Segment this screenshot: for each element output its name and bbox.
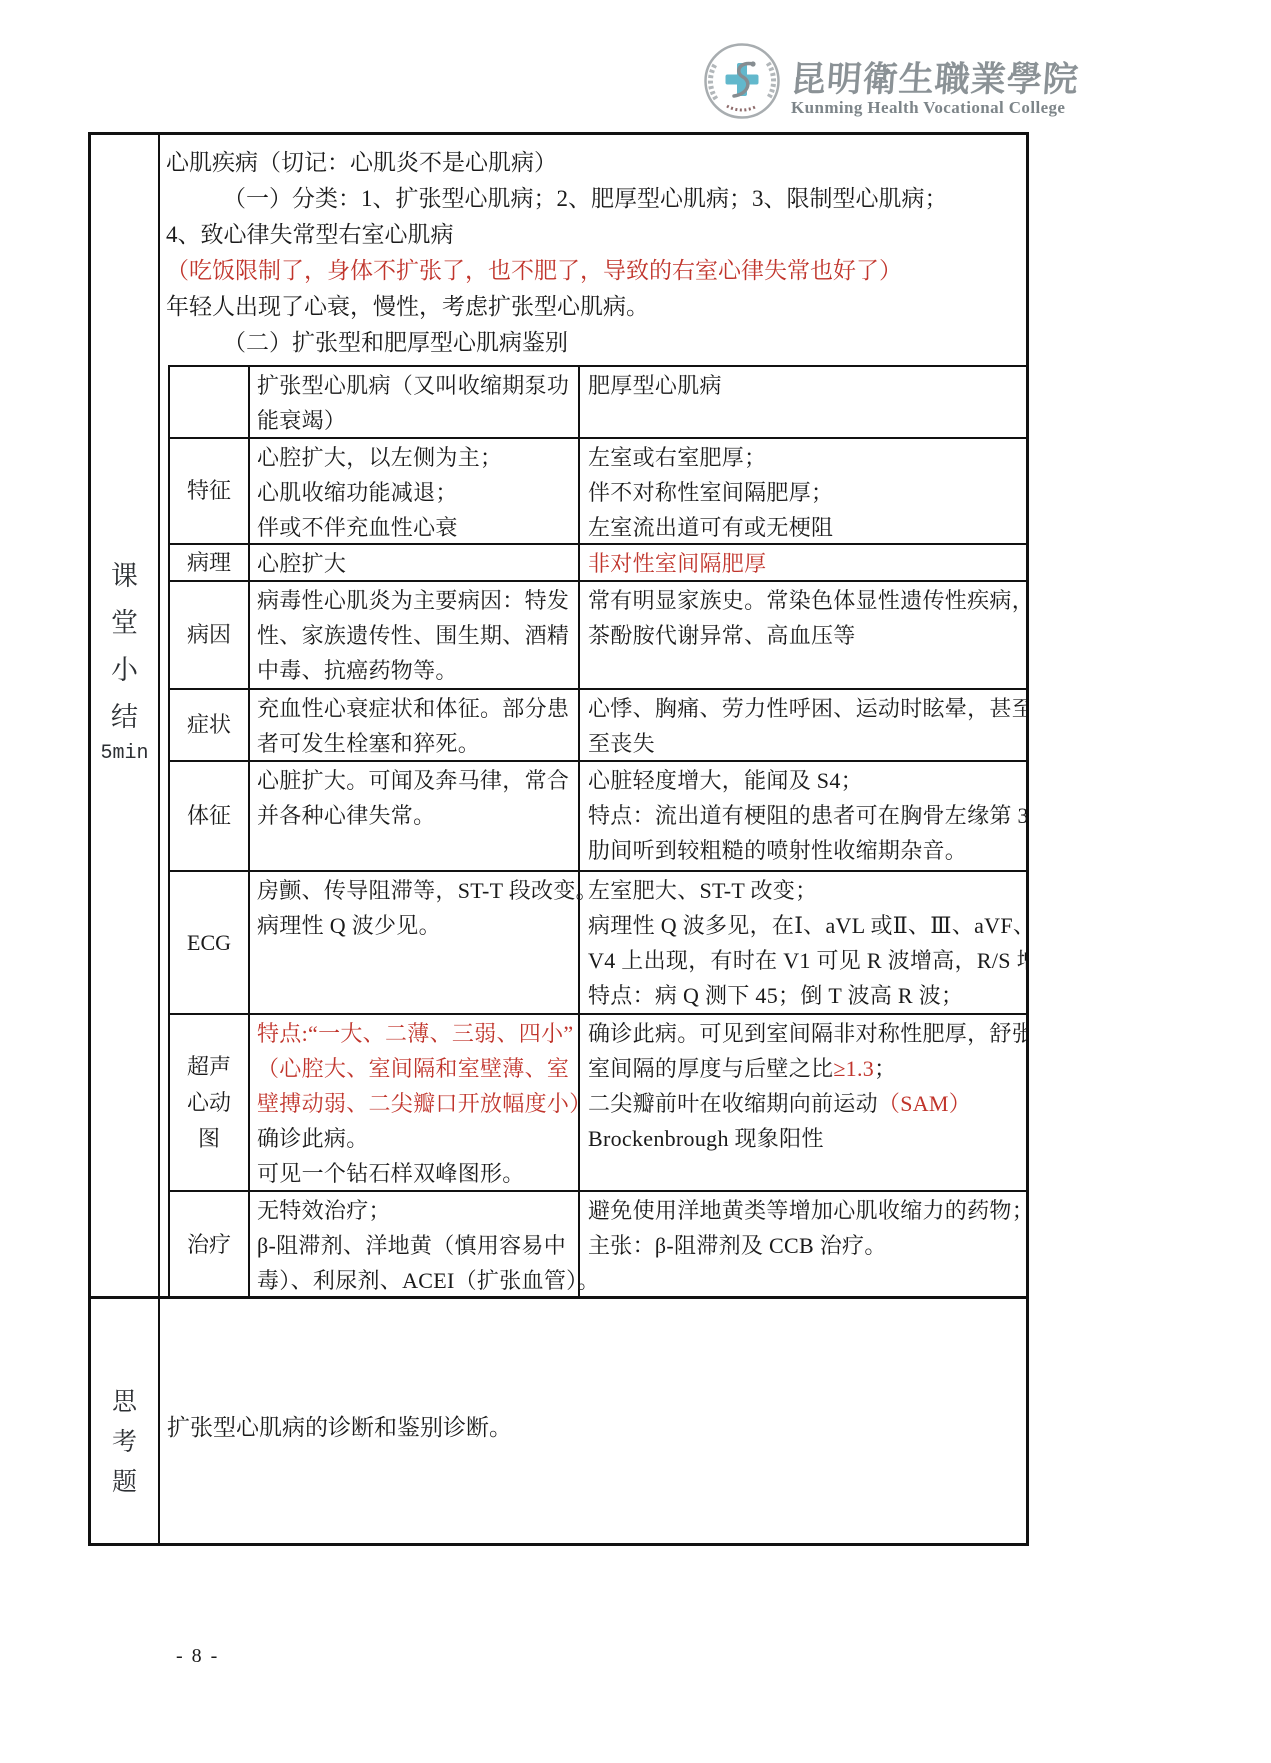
hcm-header-cell: 肥厚型心肌病 [580,367,1026,437]
college-name-english: Kunming Health Vocational College [791,98,1065,118]
dcm-ecg-cell: 房颤、传导阻滞等，ST-T 段改变。 病理性 Q 波少见。 [250,872,580,1013]
table-cell-line: 左室流出道可有或无梗阻 [588,510,1026,545]
thinking-question-title: 思考题 [111,1383,139,1503]
table-cell-line: 肥厚型心肌病 [588,368,1026,403]
table-cell-line: 无特效治疗； [257,1193,572,1228]
college-name-calligraphy: 昆明衛生職業學院 [789,52,1081,102]
row-label-line: 图 [198,1121,220,1157]
thinking-question-label-cell: 思考题 [91,1299,160,1546]
table-cell-line: 心悸、胸痛、劳力性呼困、运动时眩晕，甚至神 [588,691,1026,726]
college-seal-icon [703,42,781,120]
dcm-etiology-cell: 病毒性心肌炎为主要病因：特发 性、家族遗传性、围生期、酒精 中毒、抗癌药物等。 [250,582,580,688]
table-cell-line: 并各种心律失常。 [257,798,572,833]
class-summary-label-cell: 课堂小结 5min [91,135,160,1296]
hcm-features-cell: 左室或右室肥厚； 伴不对称性室间隔肥厚； 左室流出道可有或无梗阻 [580,439,1026,543]
intro-line: 心肌疾病（切记：心肌炎不是心肌病） [166,145,1026,181]
table-cell-line: β-阻滞剂、洋地黄（慎用容易中 [257,1228,572,1263]
table-cell-line-red: （心腔大、室间隔和室壁薄、室 [257,1051,572,1086]
row-label-cell: 体征 [170,762,250,870]
table-cell-line: 可见一个钻石样双峰图形。 [257,1156,572,1191]
table-cell-line: 至丧失 [588,726,1026,761]
table-cell-line: 房颤、传导阻滞等，ST-T 段改变。 [257,873,572,908]
hcm-treatment-cell: 避免使用洋地黄类等增加心肌收缩力的药物； 主张：β-阻滞剂及 CCB 治疗。 [580,1192,1026,1296]
row-label-cell: 病因 [170,582,250,688]
class-summary-content: 心肌疾病（切记：心肌炎不是心肌病） （一）分类：1、扩张型心肌病；2、肥厚型心肌… [160,135,1026,1296]
dcm-treatment-cell: 无特效治疗； β-阻滞剂、洋地黄（慎用容易中 毒）、利尿剂、ACEI（扩张血管）… [250,1192,580,1296]
table-cell-line: 伴不对称性室间隔肥厚； [588,475,1026,510]
text-segment: ； [874,1056,896,1081]
table-cell-line: 伴或不伴充血性心衰 [257,510,572,545]
table-cell-line: 中毒、抗癌药物等。 [257,653,572,688]
intro-line: （一）分类：1、扩张型心肌病；2、肥厚型心肌病；3、限制型心肌病； [166,181,1026,217]
row-label-cell [170,367,250,437]
intro-line: 4、致心律失常型右室心肌病 [166,217,1026,253]
table-cell-line: Brockenbrough 现象阳性 [588,1121,1026,1156]
page-number: - 8 - [176,1645,219,1668]
table-cell-line: 确诊此病。 [257,1121,572,1156]
lesson-plan-sheet: 课堂小结 5min 心肌疾病（切记：心肌炎不是心肌病） （一）分类：1、扩张型心… [88,132,1029,1546]
intro-paragraphs: 心肌疾病（切记：心肌炎不是心肌病） （一）分类：1、扩张型心肌病；2、肥厚型心肌… [160,135,1026,361]
table-row-etiology: 病因 病毒性心肌炎为主要病因：特发 性、家族遗传性、围生期、酒精 中毒、抗癌药物… [170,582,1026,690]
table-cell-line: 心脏轻度增大，能闻及 S4； [588,763,1026,798]
row-label-cell: 超声 心动 图 [170,1015,250,1190]
class-summary-title: 课堂小结 [110,553,140,741]
table-cell-line: 确诊此病。可见到室间隔非对称性肥厚，舒张期 [588,1016,1026,1051]
table-cell-line: 肋间听到较粗糙的喷射性收缩期杂音。 [588,833,1026,868]
table-cell-line: 病理性 Q 波少见。 [257,908,572,943]
hcm-echo-cell: 确诊此病。可见到室间隔非对称性肥厚，舒张期 室间隔的厚度与后壁之比≥1.3； 二… [580,1015,1026,1190]
document-page: 昆明衛生職業學院 Kunming Health Vocational Colle… [0,0,1271,1763]
thinking-question-content: 扩张型心肌病的诊断和鉴别诊断。 [160,1299,1026,1546]
table-row-ecg: ECG 房颤、传导阻滞等，ST-T 段改变。 病理性 Q 波少见。 左室肥大、S… [170,872,1026,1015]
table-cell-line: 二尖瓣前叶在收缩期向前运动（SAM） [588,1086,1026,1121]
text-segment-red: （SAM） [878,1091,971,1116]
table-cell-line: 病毒性心肌炎为主要病因：特发 [257,583,572,618]
dcm-features-cell: 心腔扩大，以左侧为主； 心肌收缩功能减退； 伴或不伴充血性心衰 [250,439,580,543]
thinking-question-section: 思考题 扩张型心肌病的诊断和鉴别诊断。 [91,1299,1026,1546]
table-cell-line-red: 壁搏动弱、二尖瓣口开放幅度小） [257,1086,572,1121]
class-summary-duration: 5min [100,742,148,765]
table-cell-line: 心腔扩大，以左侧为主； [257,440,572,475]
dcm-symptoms-cell: 充血性心衰症状和体征。部分患 者可发生栓塞和猝死。 [250,690,580,760]
row-label-line: 超声 [187,1049,231,1085]
intro-line-mnemonic: （吃饭限制了，身体不扩张了，也不肥了，导致的右室心律失常也好了） [166,253,1026,289]
row-label-cell: 病理 [170,545,250,580]
dcm-header-cell: 扩张型心肌病（又叫收缩期泵功 能衰竭） [250,367,580,437]
table-cell-line: 心腔扩大 [257,546,572,581]
table-row-signs: 体征 心脏扩大。可闻及奔马律，常合 并各种心律失常。 心脏轻度增大，能闻及 S4… [170,762,1026,872]
row-label-cell: 症状 [170,690,250,760]
dcm-signs-cell: 心脏扩大。可闻及奔马律，常合 并各种心律失常。 [250,762,580,870]
table-row-symptoms: 症状 充血性心衰症状和体征。部分患 者可发生栓塞和猝死。 心悸、胸痛、劳力性呼困… [170,690,1026,762]
table-cell-line: 心肌收缩功能减退； [257,475,572,510]
class-summary-section: 课堂小结 5min 心肌疾病（切记：心肌炎不是心肌病） （一）分类：1、扩张型心… [91,135,1026,1299]
table-cell-line: 主张：β-阻滞剂及 CCB 治疗。 [588,1228,1026,1263]
table-row-features: 特征 心腔扩大，以左侧为主； 心肌收缩功能减退； 伴或不伴充血性心衰 左室或右室… [170,439,1026,545]
table-cell-line: 常有明显家族史。常染色体显性遗传性疾病，儿 [588,583,1026,618]
table-cell-line: 特点：流出道有梗阻的患者可在胸骨左缘第 3-4 [588,798,1026,833]
intro-line: 年轻人出现了心衰，慢性，考虑扩张型心肌病。 [166,289,1026,325]
hcm-etiology-cell: 常有明显家族史。常染色体显性遗传性疾病，儿 茶酚胺代谢异常、高血压等 [580,582,1026,688]
table-cell-line-red: 特点:“一大、二薄、三弱、四小” [257,1016,572,1051]
table-cell-line: 扩张型心肌病（又叫收缩期泵功 [257,368,572,403]
row-label-cell: 治疗 [170,1192,250,1296]
table-cell-line: 者可发生栓塞和猝死。 [257,726,572,761]
dcm-pathology-cell: 心腔扩大 [250,545,580,580]
intro-line-subheading: （二）扩张型和肥厚型心肌病鉴别 [166,325,1026,361]
table-cell-line: 室间隔的厚度与后壁之比≥1.3； [588,1051,1026,1086]
cardiomyopathy-comparison-table: 扩张型心肌病（又叫收缩期泵功 能衰竭） 肥厚型心肌病 特征 心腔扩大，以左侧为主… [168,365,1026,1296]
table-cell-line: 充血性心衰症状和体征。部分患 [257,691,572,726]
row-label-cell: 特征 [170,439,250,543]
table-cell-line: 能衰竭） [257,403,572,438]
hcm-ecg-cell: 左室肥大、ST-T 改变； 病理性 Q 波多见，在Ⅰ、aVL 或Ⅱ、Ⅲ、aVF、… [580,872,1026,1013]
text-segment-red: ≥1.3 [833,1056,874,1081]
table-cell-line: 避免使用洋地黄类等增加心肌收缩力的药物； [588,1193,1026,1228]
table-cell-line: 左室或右室肥厚； [588,440,1026,475]
table-cell-line: 性、家族遗传性、围生期、酒精 [257,618,572,653]
hcm-pathology-cell: 非对性室间隔肥厚 [580,545,1026,580]
table-cell-line: 心脏扩大。可闻及奔马律，常合 [257,763,572,798]
table-row-pathology: 病理 心腔扩大 非对性室间隔肥厚 [170,545,1026,582]
table-cell-line: 特点：病 Q 测下 45；倒 T 波高 R 波； [588,978,1026,1013]
thinking-question-text: 扩张型心肌病的诊断和鉴别诊断。 [160,1299,1026,1442]
table-cell-line: 毒）、利尿剂、ACEI（扩张血管）。 [257,1263,572,1296]
text-segment: 室间隔的厚度与后壁之比 [588,1056,833,1081]
table-cell-line: 左室肥大、ST-T 改变； [588,873,1026,908]
table-row-echocardiogram: 超声 心动 图 特点:“一大、二薄、三弱、四小” （心腔大、室间隔和室壁薄、室 … [170,1015,1026,1192]
table-row-treatment: 治疗 无特效治疗； β-阻滞剂、洋地黄（慎用容易中 毒）、利尿剂、ACEI（扩张… [170,1192,1026,1296]
row-label-line: 心动 [187,1085,231,1121]
table-cell-line: 病理性 Q 波多见，在Ⅰ、aVL 或Ⅱ、Ⅲ、aVF、V5、 [588,908,1026,943]
table-cell-line-red: 非对性室间隔肥厚 [588,546,1026,581]
table-row-header: 扩张型心肌病（又叫收缩期泵功 能衰竭） 肥厚型心肌病 [170,367,1026,439]
row-label-cell: ECG [170,872,250,1013]
hcm-signs-cell: 心脏轻度增大，能闻及 S4； 特点：流出道有梗阻的患者可在胸骨左缘第 3-4 肋… [580,762,1026,870]
hcm-symptoms-cell: 心悸、胸痛、劳力性呼困、运动时眩晕，甚至神 至丧失 [580,690,1026,760]
dcm-echo-cell: 特点:“一大、二薄、三弱、四小” （心腔大、室间隔和室壁薄、室 壁搏动弱、二尖瓣… [250,1015,580,1190]
table-cell-line: V4 上出现，有时在 V1 可见 R 波增高，R/S 增大； [588,943,1026,978]
table-cell-line: 茶酚胺代谢异常、高血压等 [588,618,1026,653]
text-segment: 二尖瓣前叶在收缩期向前运动 [588,1091,878,1116]
